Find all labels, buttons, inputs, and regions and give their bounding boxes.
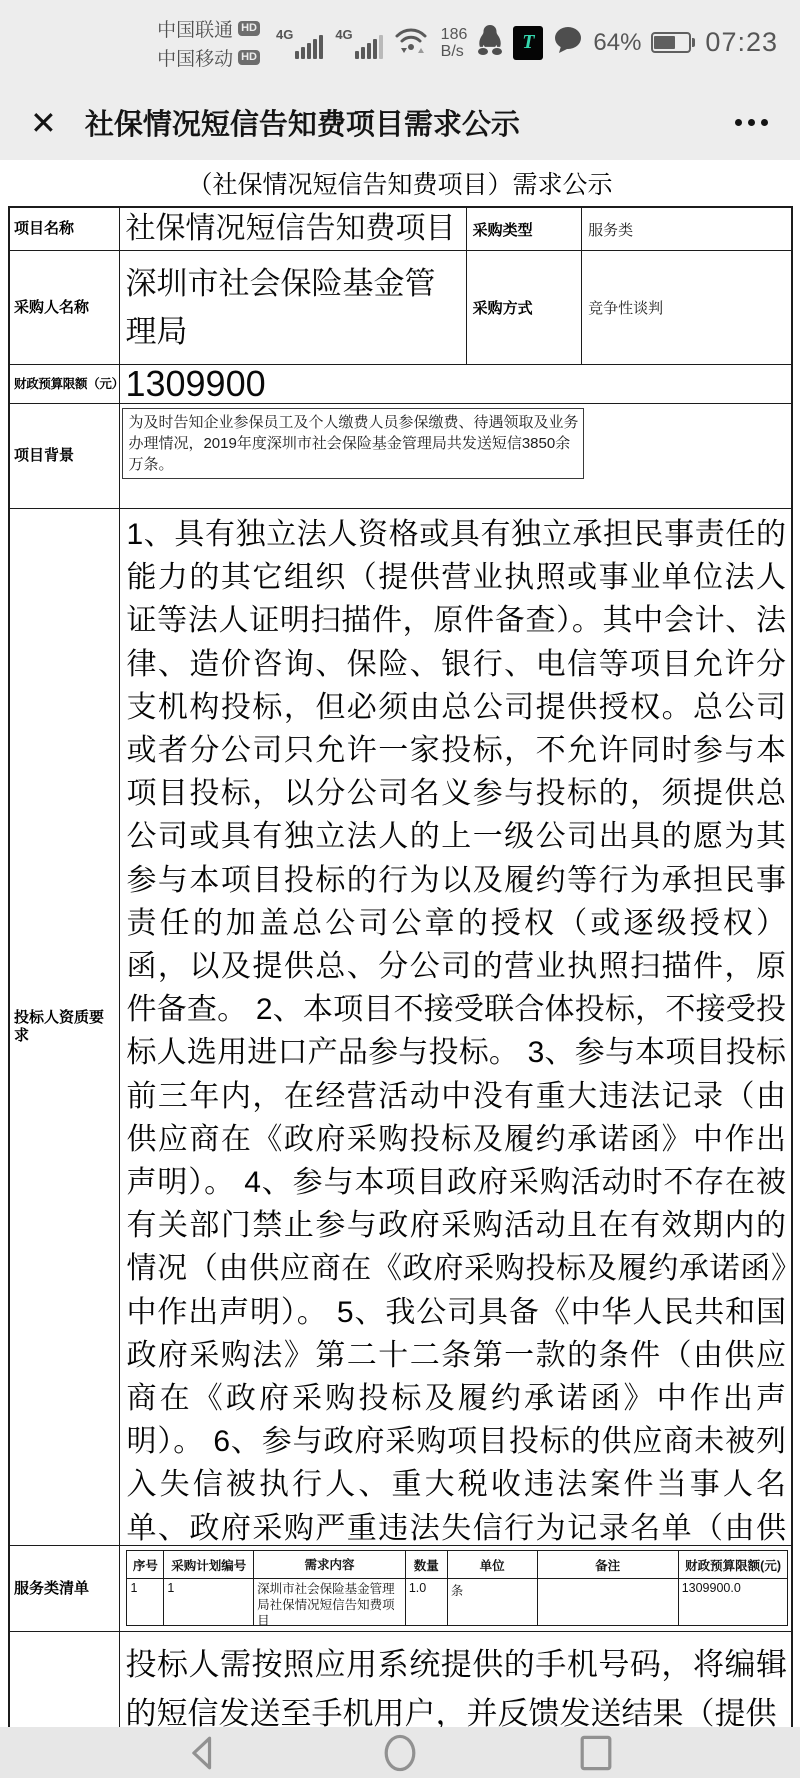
signal-icon: 4G bbox=[335, 27, 382, 59]
cell-remark bbox=[537, 1579, 678, 1625]
cell-demand: 深圳市社会保险基金管理局社保情况短信告知费项目 bbox=[253, 1579, 405, 1625]
service-table-cell: 序号 采购计划编号 需求内容 数量 单位 备注 财政预算限额(元) 1 1 深圳… bbox=[119, 1546, 791, 1631]
empty-label bbox=[10, 1632, 119, 1727]
cell-seq: 1 bbox=[127, 1579, 163, 1625]
nav-recents-icon[interactable] bbox=[573, 1730, 619, 1776]
hd-badge-icon: HD bbox=[238, 21, 260, 36]
purchase-method-label: 采购方式 bbox=[466, 251, 581, 364]
status-bar: 中国联通 HD 中国移动 HD 4G 4G bbox=[0, 0, 800, 85]
close-icon[interactable]: ✕ bbox=[30, 107, 57, 139]
table-row: 采购人名称 深圳市社会保险基金管理局 采购方式 竞争性谈判 bbox=[10, 250, 791, 364]
page-title: 社保情况短信告知费项目需求公示 bbox=[85, 102, 733, 143]
table-row: 项目背景 为及时告知企业参保员工及个人缴费人员参保缴费、待遇领取及业务办理情况，… bbox=[10, 403, 791, 508]
nav-back-icon[interactable] bbox=[181, 1730, 227, 1776]
purchaser-value: 深圳市社会保险基金管理局 bbox=[119, 251, 465, 364]
background-label: 项目背景 bbox=[10, 404, 119, 508]
carrier-name-1: 中国联通 bbox=[157, 15, 233, 42]
table-row: 投标人资质要求 1、具有独立法人资格或具有独立承担民事责任的能力的其它组织（提供… bbox=[10, 508, 791, 1545]
service-table-header-row: 序号 采购计划编号 需求内容 数量 单位 备注 财政预算限额(元) bbox=[127, 1551, 787, 1578]
purchase-method-value: 竞争性谈判 bbox=[581, 251, 791, 364]
service-table: 序号 采购计划编号 需求内容 数量 单位 备注 财政预算限额(元) 1 1 深圳… bbox=[126, 1550, 788, 1626]
col-header-seq: 序号 bbox=[127, 1551, 163, 1578]
t-app-icon: T bbox=[513, 26, 543, 60]
network-speed: 186 B/s bbox=[441, 26, 468, 60]
budget-label: 财政预算限额（元） bbox=[10, 365, 119, 403]
cell-budget: 1309900.0 bbox=[678, 1579, 788, 1625]
project-name-value: 社保情况短信告知费项目 bbox=[119, 208, 465, 250]
navigation-bar bbox=[0, 1727, 800, 1778]
info-table: 项目名称 社保情况短信告知费项目 采购类型 服务类 采购人名称 深圳市社会保险基… bbox=[8, 206, 793, 1727]
more-icon[interactable] bbox=[733, 113, 770, 132]
budget-value: 1309900 bbox=[119, 365, 791, 403]
purchase-type-value: 服务类 bbox=[581, 208, 791, 250]
battery-percent: 64% bbox=[593, 29, 641, 57]
qq-icon bbox=[477, 24, 503, 61]
table-row: 服务类清单 序号 采购计划编号 需求内容 数量 单位 备注 财政预算限额(元) … bbox=[10, 1545, 791, 1631]
col-header-demand: 需求内容 bbox=[253, 1551, 405, 1578]
nav-home-icon[interactable] bbox=[377, 1730, 423, 1776]
title-bar: ✕ 社保情况短信告知费项目需求公示 bbox=[0, 85, 800, 160]
background-cell: 为及时告知企业参保员工及个人缴费人员参保缴费、待遇领取及业务办理情况，2019年… bbox=[119, 404, 791, 508]
cell-qty: 1.0 bbox=[405, 1579, 447, 1625]
message-icon bbox=[553, 25, 583, 60]
col-header-plan-no: 采购计划编号 bbox=[163, 1551, 253, 1578]
requirement-text: 投标人需按照应用系统提供的手机号码，将编辑的短信发送至手机用户，并反馈发送结果（… bbox=[119, 1632, 791, 1727]
wifi-icon bbox=[393, 24, 429, 61]
qualification-text: 1、具有独立法人资格或具有独立承担民事责任的能力的其它组织（提供营业执照或事业单… bbox=[119, 509, 791, 1545]
table-row: 项目名称 社保情况短信告知费项目 采购类型 服务类 bbox=[10, 208, 791, 250]
cell-plan-no: 1 bbox=[163, 1579, 253, 1625]
document-area: （社保情况短信告知费项目）需求公示 项目名称 社保情况短信告知费项目 采购类型 … bbox=[0, 160, 800, 1727]
table-row: 投标人需按照应用系统提供的手机号码，将编辑的短信发送至手机用户，并反馈发送结果（… bbox=[10, 1631, 791, 1727]
col-header-budget: 财政预算限额(元) bbox=[678, 1551, 788, 1578]
qualification-label: 投标人资质要求 bbox=[10, 509, 119, 1545]
signal-icon: 4G bbox=[276, 27, 323, 59]
project-name-label: 项目名称 bbox=[10, 208, 119, 250]
background-text: 为及时告知企业参保员工及个人缴费人员参保缴费、待遇领取及业务办理情况，2019年… bbox=[122, 408, 584, 479]
status-time: 07:23 bbox=[705, 27, 778, 58]
service-table-data-row: 1 1 深圳市社会保险基金管理局社保情况短信告知费项目 1.0 条 130990… bbox=[127, 1578, 787, 1625]
cell-unit: 条 bbox=[447, 1579, 537, 1625]
service-list-label: 服务类清单 bbox=[10, 1546, 119, 1631]
document-title: （社保情况短信告知费项目）需求公示 bbox=[0, 160, 800, 206]
purchase-type-label: 采购类型 bbox=[466, 208, 581, 250]
carrier-name-2: 中国移动 bbox=[157, 44, 233, 71]
battery-icon bbox=[651, 32, 695, 53]
purchaser-label: 采购人名称 bbox=[10, 251, 119, 364]
col-header-qty: 数量 bbox=[405, 1551, 447, 1578]
table-row: 财政预算限额（元） 1309900 bbox=[10, 364, 791, 403]
col-header-remark: 备注 bbox=[537, 1551, 678, 1578]
carrier-block: 中国联通 HD 中国移动 HD bbox=[157, 15, 260, 71]
col-header-unit: 单位 bbox=[447, 1551, 537, 1578]
hd-badge-icon: HD bbox=[238, 50, 260, 65]
